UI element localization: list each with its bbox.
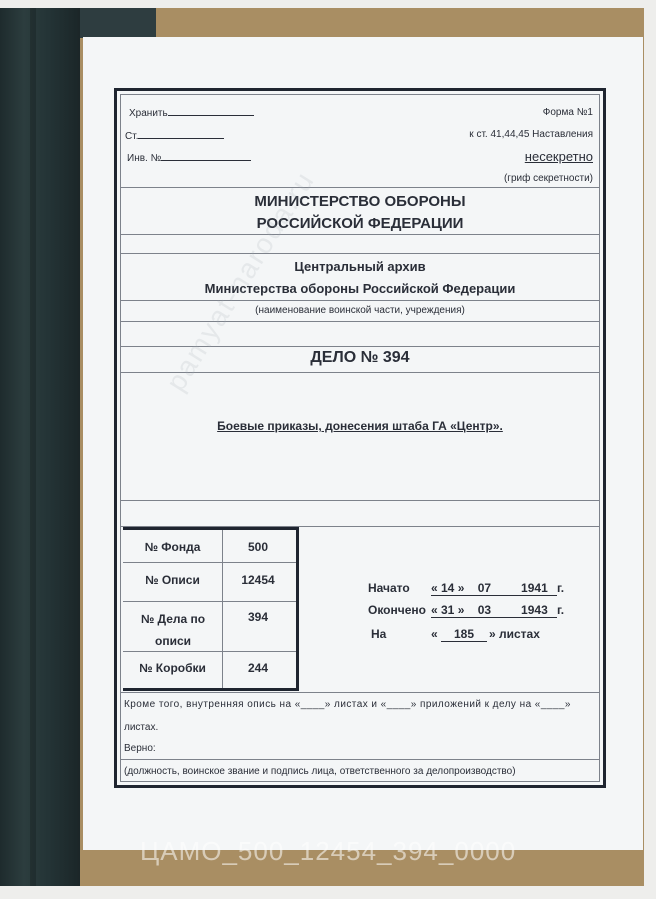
archive-table: № Фонда 500 № Описи 12454 № Дела по опис… bbox=[123, 527, 299, 691]
divider bbox=[121, 321, 599, 322]
article-blank bbox=[138, 128, 224, 139]
divider bbox=[121, 187, 599, 188]
store-field: Хранить bbox=[129, 105, 254, 119]
secrecy-value: несекретно bbox=[525, 149, 593, 164]
table-row-divider bbox=[123, 651, 296, 652]
inventory-field: Инв. № bbox=[127, 150, 251, 164]
divider bbox=[121, 234, 599, 235]
sheets-open-quote: « bbox=[431, 627, 438, 641]
cover-corner bbox=[80, 8, 156, 38]
additional-inventory-cont: листах. bbox=[124, 722, 158, 733]
responsible-caption: (должность, воинское звание и подпись ли… bbox=[124, 766, 516, 777]
store-blank bbox=[168, 105, 254, 116]
delo-value: 394 bbox=[222, 610, 294, 624]
fond-label: № Фонда bbox=[123, 540, 222, 554]
fond-value: 500 bbox=[222, 540, 294, 554]
divider bbox=[121, 300, 599, 301]
archive-line2: Министерства обороны Российской Федераци… bbox=[121, 281, 599, 296]
sheets-label: На bbox=[371, 627, 386, 641]
divider bbox=[121, 759, 599, 760]
started-value: « 14 » 07 1941 bbox=[431, 581, 557, 596]
sheets-value: 185 bbox=[441, 627, 487, 642]
divider bbox=[121, 253, 599, 254]
archive-caption: (наименование воинской части, учреждения… bbox=[121, 305, 599, 316]
ended-value: « 31 » 03 1943 bbox=[431, 603, 557, 618]
spine-shadow bbox=[30, 8, 36, 886]
opis-value: 12454 bbox=[222, 573, 294, 587]
divider bbox=[121, 500, 599, 501]
scan-id-watermark: ЦАМО_500_12454_394_0000 bbox=[140, 836, 516, 867]
binder-spine bbox=[0, 8, 80, 886]
divider bbox=[121, 692, 599, 693]
box-label: № Коробки bbox=[123, 661, 222, 675]
table-row-divider bbox=[123, 601, 296, 602]
started-year-suffix: г. bbox=[557, 581, 564, 595]
article-label: Ст. bbox=[125, 131, 138, 142]
secrecy-caption: (гриф секретности) bbox=[504, 173, 593, 184]
inventory-label: Инв. № bbox=[127, 153, 161, 164]
archive-line1: Центральный архив bbox=[121, 259, 599, 274]
certified-label: Верно: bbox=[124, 743, 156, 754]
sheets-close: » листах bbox=[489, 627, 540, 641]
document-frame: Хранить Ст. Инв. № Форма №1 к ст. 41,44,… bbox=[114, 88, 606, 788]
started-label: Начато bbox=[368, 581, 410, 595]
ended-year-suffix: г. bbox=[557, 603, 564, 617]
additional-inventory: Кроме того, внутренняя опись на «____» л… bbox=[124, 699, 571, 710]
form-number: Форма №1 bbox=[543, 107, 593, 118]
article-field: Ст. bbox=[125, 128, 224, 142]
document-inner-border: Хранить Ст. Инв. № Форма №1 к ст. 41,44,… bbox=[120, 94, 600, 782]
table-row-divider bbox=[123, 562, 296, 563]
articles-reference: к ст. 41,44,45 Наставления bbox=[469, 129, 593, 140]
ministry-line1: МИНИСТЕРСТВО ОБОРОНЫ bbox=[121, 193, 599, 210]
case-description: Боевые приказы, донесения штаба ГА «Цент… bbox=[121, 419, 599, 433]
opis-label: № Описи bbox=[123, 573, 222, 587]
ended-label: Окончено bbox=[368, 603, 426, 617]
ministry-line2: РОССИЙСКОЙ ФЕДЕРАЦИИ bbox=[121, 215, 599, 232]
inventory-blank bbox=[161, 150, 251, 161]
box-value: 244 bbox=[222, 661, 294, 675]
store-label: Хранить bbox=[129, 108, 168, 119]
delo-label: № Дела по описи bbox=[127, 608, 219, 652]
